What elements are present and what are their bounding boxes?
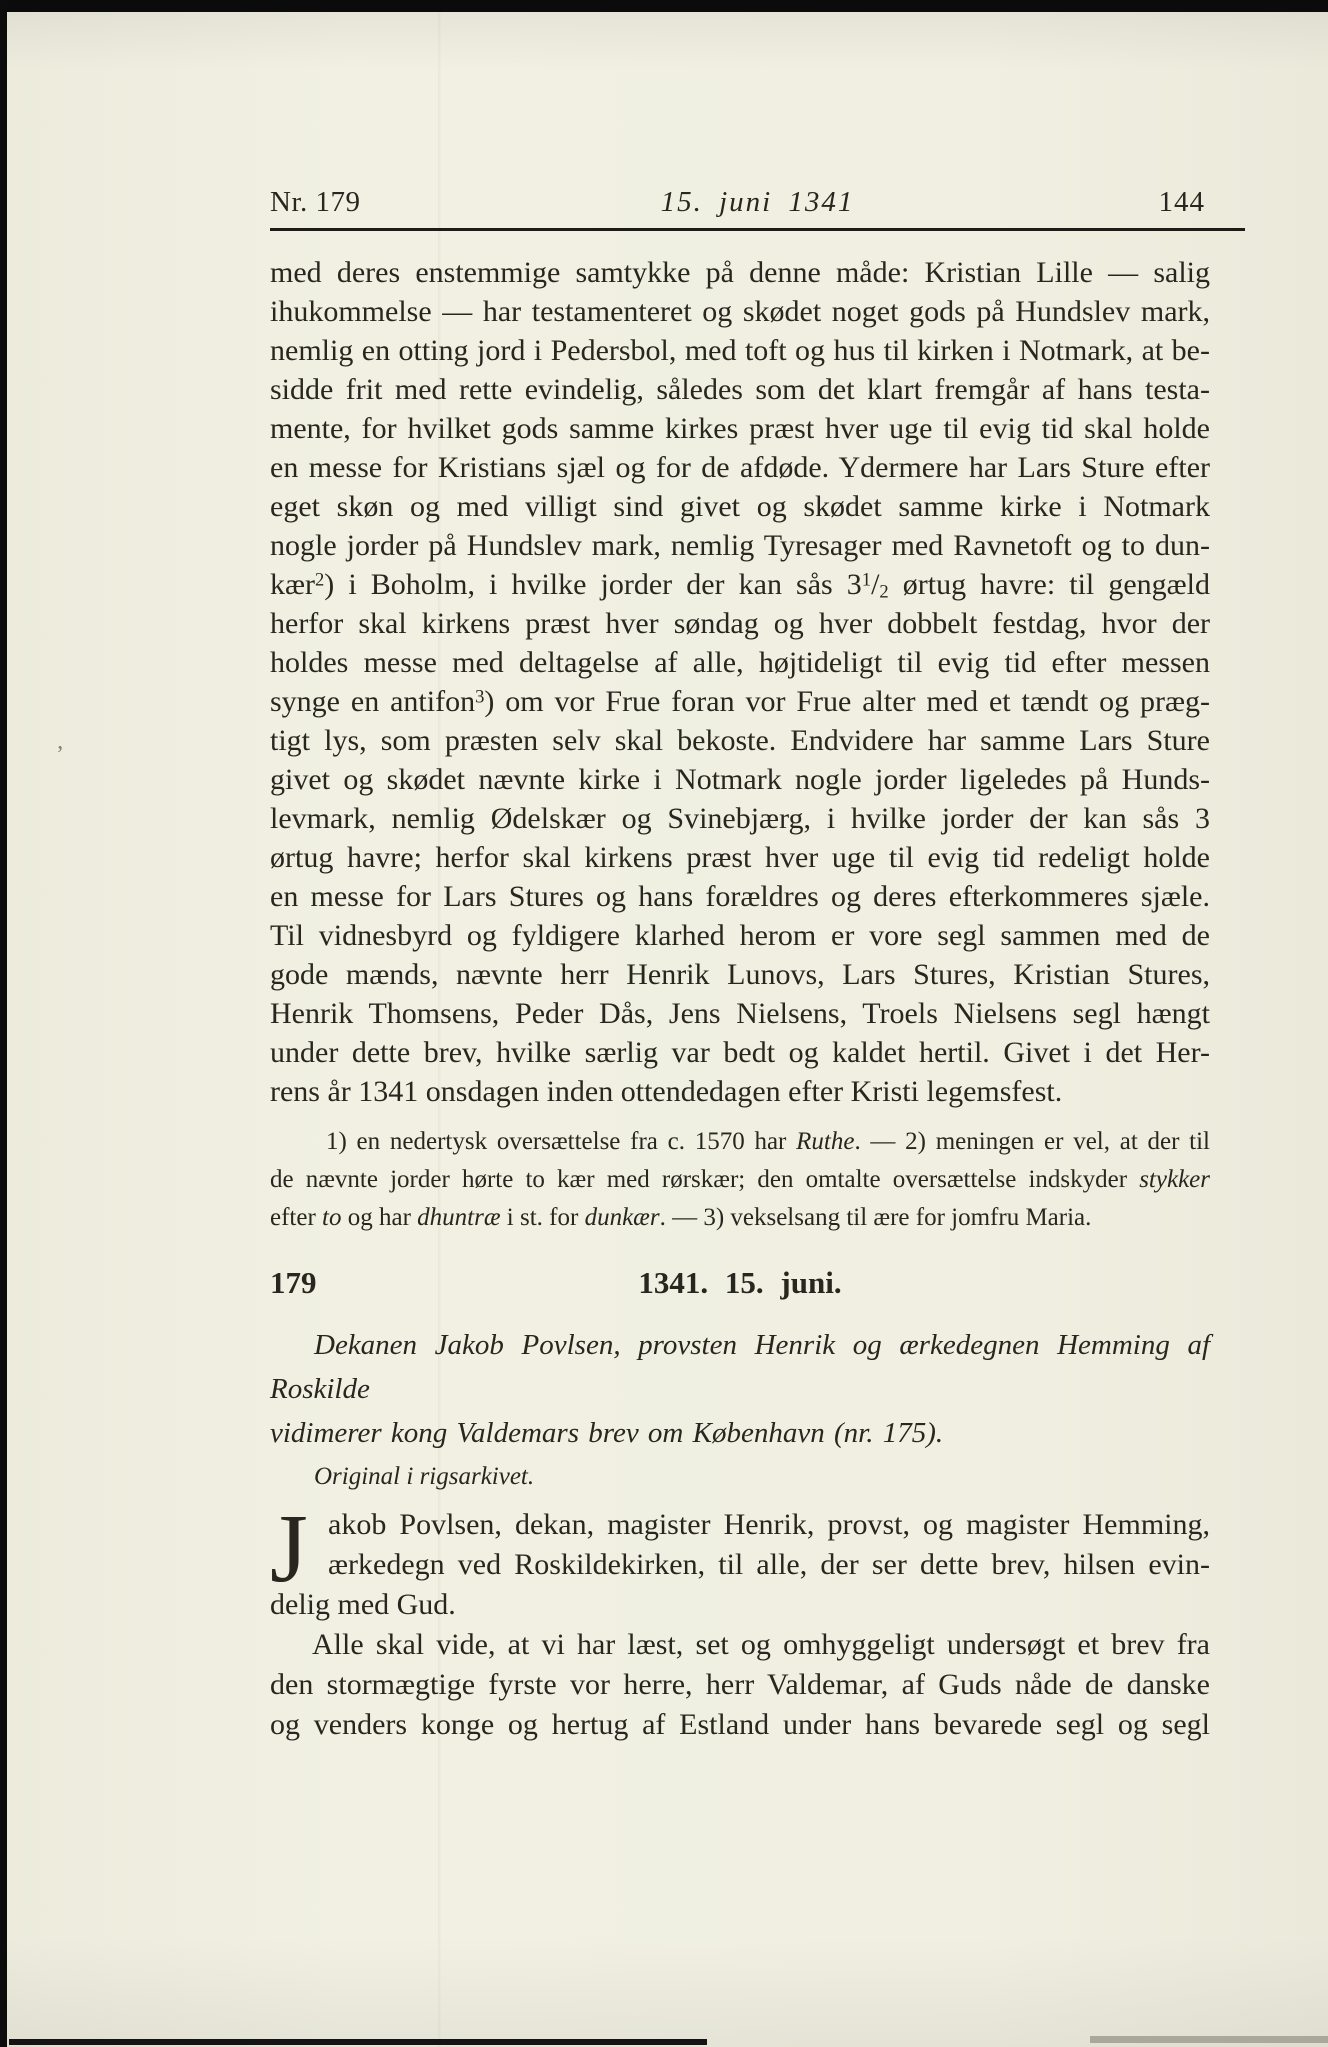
text-line: Alle skal vide, at vi har læst, set og o… <box>270 1625 1210 1665</box>
text-line: nemlig en otting jord i Pedersbol, med t… <box>270 331 1210 370</box>
text-line: en messe for Lars Stures og hans forældr… <box>270 877 1210 916</box>
scan-edge-bottom-left <box>9 2039 707 2045</box>
entry-179-heading: 179 1341. 15. juni. <box>270 1265 1210 1307</box>
text-line: 1) en nedertysk oversættelse fra c. 1570… <box>270 1123 1210 1161</box>
text-line: gode mænds, nævnte herr Henrik Lunovs, L… <box>270 955 1210 994</box>
running-head: Nr. 179 15. juni 1341 144 <box>270 186 1245 231</box>
text-line: delig med Gud. <box>270 1585 1210 1625</box>
text-line: ørtug havre; herfor skal kirkens præst h… <box>270 838 1210 877</box>
text-line: rens år 1341 onsdagen inden ottendedagen… <box>270 1072 1210 1111</box>
running-head-date: 15. juni 1341 <box>480 186 1035 219</box>
scan-edge-top <box>0 0 1328 12</box>
text-line: eget skøn og med villigt sind givet og s… <box>270 487 1210 526</box>
text-line: akob Povlsen, dekan, magister Henrik, pr… <box>270 1505 1210 1545</box>
text-line: givet og skødet nævnte kirke i Notmark n… <box>270 760 1210 799</box>
text-line: og venders konge og hertug af Estland un… <box>270 1705 1210 1745</box>
text-line: under dette brev, hvilke særlig var bedt… <box>270 1033 1210 1072</box>
text-line: vidimerer kong Valdemars brev om Københa… <box>270 1411 1210 1455</box>
text-line: sidde frit med rette evindelig, således … <box>270 370 1210 409</box>
entry-179-regest: Dekanen Jakob Povlsen, provsten Henrik o… <box>270 1323 1210 1455</box>
text-line: tigt lys, som præsten selv skal bekoste.… <box>270 721 1210 760</box>
text-line: den stormægtige fyrste vor herre, herr V… <box>270 1665 1210 1705</box>
scanned-book-page: ʼ Nr. 179 15. juni 1341 144 med deres en… <box>0 0 1328 2047</box>
page-column: Nr. 179 15. juni 1341 144 med deres enst… <box>270 0 1210 1745</box>
opening-paragraph-lines: akob Povlsen, dekan, magister Henrik, pr… <box>270 1505 1210 1625</box>
running-head-entry-number: Nr. 179 <box>270 186 480 219</box>
text-line: nogle jorder på Hundslev mark, nemlig Ty… <box>270 526 1210 565</box>
text-line: synge en antifon3) om vor Frue foran vor… <box>270 682 1210 721</box>
text-line: Dekanen Jakob Povlsen, provsten Henrik o… <box>270 1323 1210 1411</box>
text-line: ærkedegn ved Roskildekirken, til alle, d… <box>270 1545 1210 1585</box>
text-line: Til vidnesbyrd og fyldigere klarhed hero… <box>270 916 1210 955</box>
text-line: levmark, nemlig Ødelskær og Svinebjærg, … <box>270 799 1210 838</box>
entry-date-heading: 1341. 15. juni. <box>270 1265 1210 1301</box>
text-line: de nævnte jorder hørte to kær med rørskæ… <box>270 1161 1210 1199</box>
drop-cap-initial: J <box>270 1500 308 1597</box>
scan-edge-bottom-right <box>1090 2036 1328 2043</box>
text-line: herfor skal kirkens præst hver søndag og… <box>270 604 1210 643</box>
text-line: efter to og har dhuntræ i st. for dunkær… <box>270 1199 1210 1237</box>
text-line: ihukommelse — har testamenteret og skøde… <box>270 292 1210 331</box>
text-line: med deres enstemmige samtykke på denne m… <box>270 253 1210 292</box>
text-line: en messe for Kristians sjæl og for de af… <box>270 448 1210 487</box>
text-line: Henrik Thomsens, Peder Dås, Jens Nielsen… <box>270 994 1210 1033</box>
vidimation-second-paragraph: Alle skal vide, at vi har læst, set og o… <box>270 1625 1210 1745</box>
scan-edge-left <box>0 0 7 2047</box>
text-line: kær2) i Boholm, i hvilke jorder der kan … <box>270 565 1210 604</box>
text-line: mente, for hvilket gods samme kirkes præ… <box>270 409 1210 448</box>
entry-178-footnotes: 1) en nedertysk oversættelse fra c. 1570… <box>270 1123 1210 1237</box>
text-line: holdes messe med deltagelse af alle, høj… <box>270 643 1210 682</box>
vidimation-opening-paragraph: J akob Povlsen, dekan, magister Henrik, … <box>270 1505 1210 1625</box>
margin-pen-mark: ʼ <box>56 742 64 769</box>
page-number: 144 <box>1035 186 1245 219</box>
source-note: Original i rigsarkivet. <box>270 1463 1210 1491</box>
entry-178-body-paragraph: med deres enstemmige samtykke på denne m… <box>270 253 1210 1111</box>
